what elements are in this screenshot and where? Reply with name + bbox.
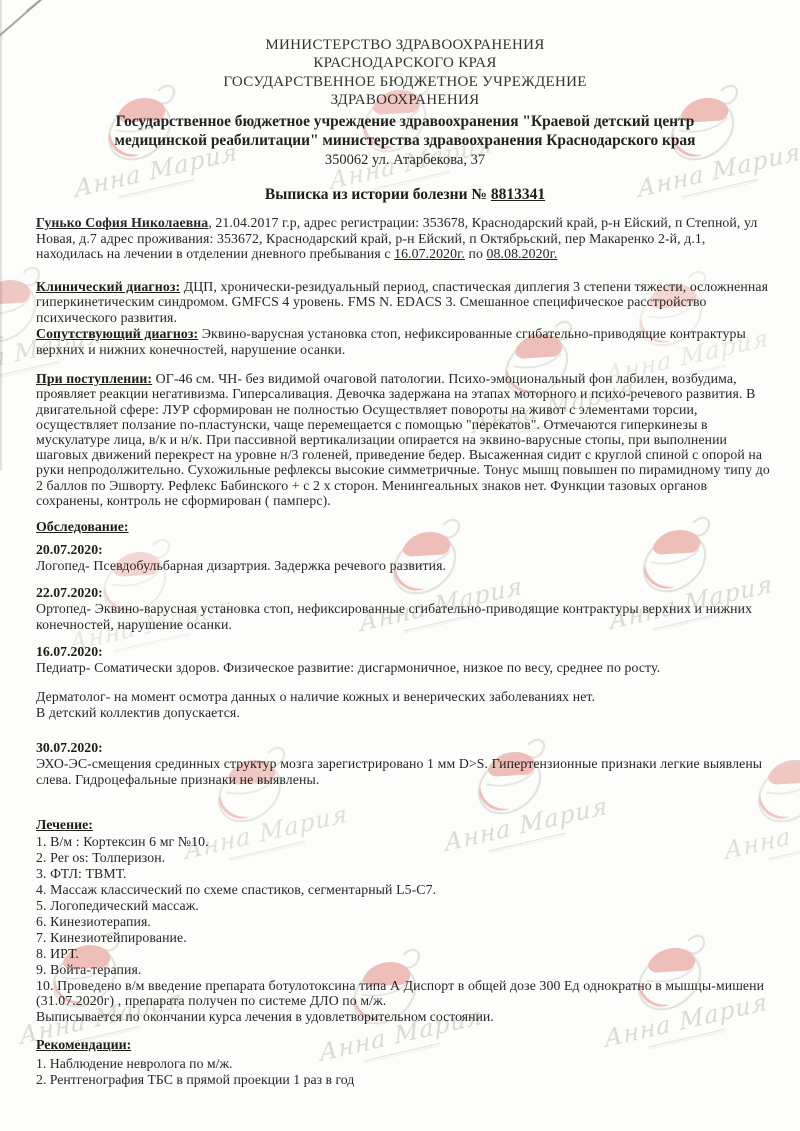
case-number: 8813341 <box>491 186 545 203</box>
treatment-list: 1. В/м : Кортексин 6 мг №10. 2. Per os: … <box>36 834 774 1009</box>
exam-text: В детский коллектив допускается. <box>36 705 774 721</box>
organization-name: Государственное бюджетное учреждение здр… <box>69 113 741 150</box>
treatment-item: 3. ФТЛ: ТВМТ. <box>36 866 774 882</box>
ministry-line: ЗДРАВООХРАНЕНИЯ <box>36 91 774 109</box>
admission-date: 16.07.2020г. <box>394 246 465 261</box>
exam-entry-logoped: 20.07.2020: Логопед- Псевдобульбарная ди… <box>36 541 774 574</box>
exam-text: Логопед- Псевдобульбарная дизартрия. Зад… <box>36 558 774 574</box>
treatment-item: 7. Кинезиотейпирование. <box>36 930 774 946</box>
scan-edge-shadow <box>0 0 3 470</box>
treatment-item: 6. Кинезиотерапия. <box>36 914 774 930</box>
admission-state-label: При поступлении: <box>36 371 152 386</box>
examination-heading: Обследование: <box>36 520 774 536</box>
discharge-date: 08.08.2020г. <box>487 246 558 261</box>
date-separator: по <box>465 246 487 261</box>
clinical-diagnosis-label: Клинический диагноз: <box>36 279 180 294</box>
exam-entry-ortoped: 22.07.2020: Ортопед- Эквино-варусная уст… <box>36 584 774 633</box>
treatment-item: 2. Per os: Толперизон. <box>36 850 774 866</box>
document-title-text: Выписка из истории болезни № <box>265 186 491 203</box>
concomitant-diagnosis-paragraph: Сопутствующий диагноз: Эквино-варусная у… <box>36 326 774 357</box>
exam-date: 20.07.2020: <box>36 541 774 558</box>
admission-state-text: ОГ-46 см. ЧН- без видимой очаговой патол… <box>36 371 770 508</box>
exam-text: ЭХО-ЭС-смещения срединных структур мозга… <box>36 756 774 788</box>
admission-state-paragraph: При поступлении: ОГ-46 см. ЧН- без видим… <box>36 371 774 508</box>
treatment-heading: Лечение: <box>36 818 774 834</box>
treatment-item: 8. ИРТ. <box>36 946 774 962</box>
exam-entry-dermatolog: Дерматолог- на момент осмотра данных о н… <box>36 689 774 721</box>
recommendation-item: 2. Рентгенография ТБС в прямой проекции … <box>36 1072 774 1088</box>
clinical-diagnosis-paragraph: Клинический диагноз: ДЦП, хронически-рез… <box>36 279 774 326</box>
patient-name: Гунько София Николаевна <box>36 215 208 230</box>
treatment-item: 9. Войта-терапия. <box>36 962 774 978</box>
discharge-outcome: Выписывается по окончании курса лечения … <box>36 1009 774 1025</box>
exam-text: Педиатр- Соматически здоров. Физическое … <box>36 660 774 676</box>
recommendation-item: 1. Наблюдение невролога по м/ж. <box>36 1056 774 1072</box>
ministry-line: КРАСНОДАРСКОГО КРАЯ <box>36 54 774 72</box>
exam-date: 16.07.2020: <box>36 643 774 660</box>
document-title: Выписка из истории болезни № 8813341 <box>36 186 774 204</box>
exam-entry-pediatr: 16.07.2020: Педиатр- Соматически здоров.… <box>36 643 774 676</box>
concomitant-diagnosis-label: Сопутствующий диагноз: <box>36 326 198 341</box>
patient-info-paragraph: Гунько София Николаевна, 21.04.2017 г.р,… <box>36 215 774 262</box>
exam-date: 22.07.2020: <box>36 584 774 601</box>
treatment-item: 5. Логопедический массаж. <box>36 898 774 914</box>
exam-text: Дерматолог- на момент осмотра данных о н… <box>36 689 774 705</box>
treatment-item: 10. Проведено в/м введение препарата бот… <box>36 978 774 1010</box>
ministry-line: МИНИСТЕРСТВО ЗДРАВООХРАНЕНИЯ <box>36 36 774 54</box>
recommendations-list: 1. Наблюдение невролога по м/ж. 2. Рентг… <box>36 1056 774 1087</box>
treatment-item: 4. Массаж классический по схеме спастико… <box>36 882 774 898</box>
organization-address: 350062 ул. Атарбекова, 37 <box>36 151 774 169</box>
recommendations-heading: Рекомендации: <box>36 1038 774 1054</box>
exam-entry-echo: 30.07.2020: ЭХО-ЭС-смещения срединных ст… <box>36 739 774 788</box>
exam-date: 30.07.2020: <box>36 739 774 756</box>
exam-text: Ортопед- Эквино-варусная установка стоп,… <box>36 601 774 633</box>
ministry-header: МИНИСТЕРСТВО ЗДРАВООХРАНЕНИЯ КРАСНОДАРСК… <box>36 36 774 109</box>
document-body: МИНИСТЕРСТВО ЗДРАВООХРАНЕНИЯ КРАСНОДАРСК… <box>0 0 800 1087</box>
scanned-discharge-document: МИНИСТЕРСТВО ЗДРАВООХРАНЕНИЯ КРАСНОДАРСК… <box>0 0 800 1131</box>
treatment-item: 1. В/м : Кортексин 6 мг №10. <box>36 834 774 850</box>
ministry-line: ГОСУДАРСТВЕННОЕ БЮДЖЕТНОЕ УЧРЕЖДЕНИЕ <box>36 73 774 91</box>
